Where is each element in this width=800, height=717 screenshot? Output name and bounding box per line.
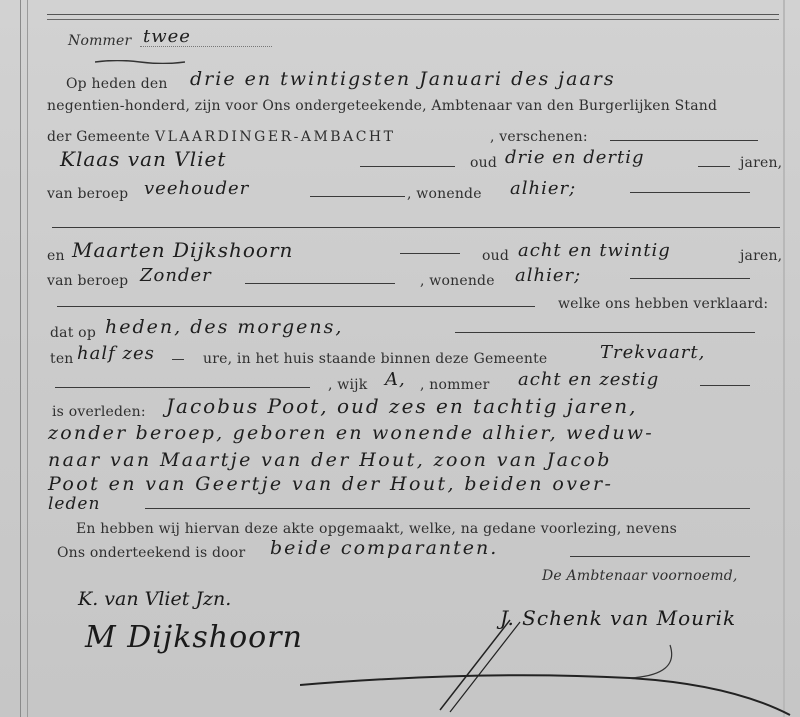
ten-label: ten — [50, 351, 74, 367]
declared-label: welke ons hebben verklaard: — [558, 296, 768, 312]
witness2-prefix: en — [47, 248, 65, 264]
fill-rule — [245, 283, 395, 284]
witness2-name: Maarten Dijkshoorn — [72, 238, 293, 262]
signature-witness-1: K. van Vliet Jzn. — [78, 588, 231, 610]
official-label: De Ambtenaar voornoemd, — [542, 568, 738, 584]
fill-rule — [455, 332, 755, 333]
closing-handwritten: beide comparanten. — [270, 537, 498, 559]
number-label: Nommer — [68, 33, 131, 49]
flourish-ornament — [95, 60, 185, 64]
fill-rule — [55, 387, 310, 388]
street-name: Trekvaart, — [600, 342, 705, 363]
fill-rule — [630, 278, 750, 279]
witness2-occupation-label: van beroep — [47, 273, 128, 289]
witness1-residence-label: , wonende — [407, 186, 482, 202]
date-handwritten: drie en twintigsten Januari des jaars — [190, 68, 616, 90]
number-dotted-line — [140, 46, 272, 47]
witness1-occupation-label: van beroep — [47, 186, 128, 202]
witness2-residence: alhier; — [515, 265, 581, 286]
deceased-line-4: Poot en van Geertje van der Hout, beiden… — [48, 473, 613, 495]
signature-witness-2: M Dijkshoorn — [85, 620, 303, 655]
fill-rule — [630, 192, 750, 193]
time-hour: half zes — [77, 343, 155, 364]
deceased-line-1: Jacobus Poot, oud zes en tachtig jaren, — [166, 394, 638, 418]
time-day: heden, des morgens, — [105, 316, 343, 338]
fill-rule — [310, 196, 405, 197]
fill-rule — [400, 253, 460, 254]
witness2-age-label: oud — [482, 248, 509, 264]
header-double-rule — [47, 14, 779, 20]
appeared-label: , verschenen: — [490, 129, 588, 145]
witness1-name: Klaas van Vliet — [60, 147, 226, 171]
municipality-name: VLAARDINGER-AMBACHT — [155, 129, 395, 145]
left-margin-border — [20, 0, 28, 717]
time-hour-suffix: ure, in het huis staande binnen deze Gem… — [203, 351, 547, 367]
witness1-age-suffix: jaren, — [740, 155, 782, 171]
witness1-occupation: veehouder — [144, 178, 249, 199]
fill-rule — [360, 166, 455, 167]
municipality-prefix: der Gemeente — [47, 129, 150, 145]
fill-rule — [700, 385, 750, 386]
fill-rule — [145, 508, 750, 509]
witness2-age-suffix: jaren, — [740, 248, 782, 264]
fill-rule — [610, 140, 758, 141]
fill-rule — [172, 359, 184, 360]
witness1-age-label: oud — [470, 155, 497, 171]
deceased-label: is overleden: — [52, 404, 146, 420]
date-prefix: Op heden den — [66, 76, 168, 92]
fill-rule — [570, 556, 750, 557]
fill-rule — [57, 306, 535, 307]
closing-line-2-prefix: Ons onderteekend is door — [57, 545, 245, 561]
fill-rule — [698, 166, 730, 167]
house-number-label: , nommer — [420, 377, 489, 393]
witness1-residence: alhier; — [510, 178, 576, 199]
witness1-age: drie en dertig — [505, 147, 645, 168]
deceased-line-5: leden — [48, 494, 100, 514]
deceased-line-2: zonder beroep, geboren en wonende alhier… — [48, 422, 654, 444]
certificate-page: Nommer twee Op heden den drie en twintig… — [0, 0, 800, 717]
number-value: twee — [143, 26, 191, 47]
closing-line-1: En hebben wij hiervan deze akte opgemaak… — [76, 521, 677, 537]
witness2-occupation: Zonder — [140, 265, 212, 286]
witness2-age: acht en twintig — [518, 240, 671, 261]
time-prefix: dat op — [50, 325, 96, 341]
wijk-value: A, — [385, 369, 406, 390]
wijk-label: , wijk — [328, 377, 367, 393]
intro-line-2: negentien-honderd, zijn voor Ons onderge… — [47, 98, 717, 114]
deceased-line-3: naar van Maartje van der Hout, zoon van … — [48, 449, 612, 471]
house-number: acht en zestig — [518, 369, 659, 390]
blank-line-rule — [52, 227, 780, 228]
official-signature-flourish — [300, 600, 800, 717]
witness2-residence-label: , wonende — [420, 273, 495, 289]
